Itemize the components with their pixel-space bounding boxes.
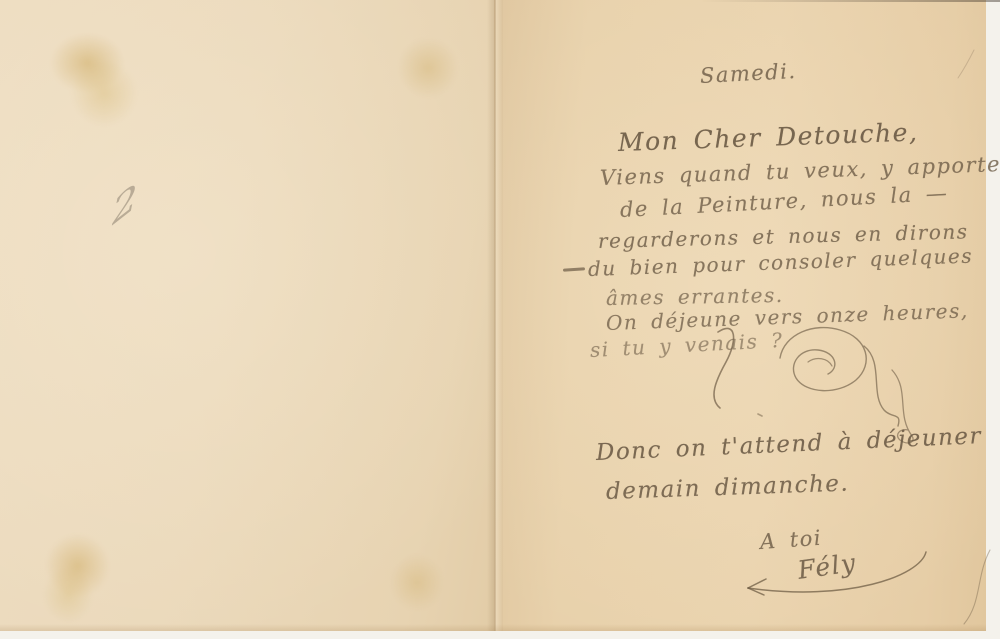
stain bbox=[382, 545, 452, 620]
paper-bottom-shadow bbox=[0, 624, 986, 631]
paper-scratch bbox=[952, 48, 982, 82]
letter-scan: 2 Samedi. Mon Cher Detouche, Viens quand… bbox=[0, 0, 1000, 639]
stain bbox=[388, 28, 468, 108]
fold-crease bbox=[487, 0, 503, 631]
left-page bbox=[0, 0, 494, 631]
edge-pen-stroke bbox=[946, 546, 998, 630]
signature-flourish bbox=[726, 548, 941, 612]
date-line: Samedi. bbox=[699, 59, 797, 88]
stain bbox=[30, 528, 125, 623]
stain bbox=[38, 28, 148, 128]
scan-top-edge bbox=[700, 0, 1000, 2]
